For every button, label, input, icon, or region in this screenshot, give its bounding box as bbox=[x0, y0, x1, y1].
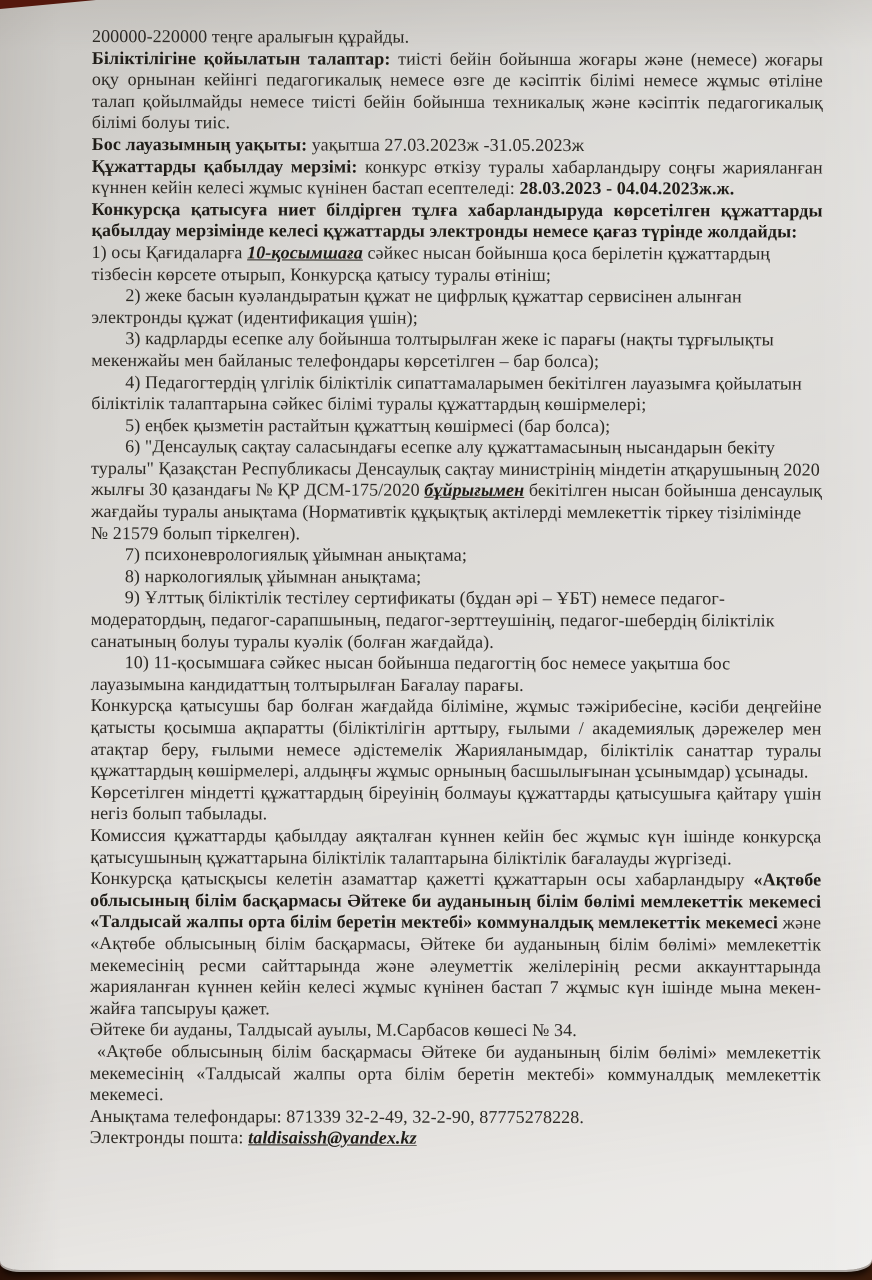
text-run: 8) наркологиялық ұйымнан анықтама; bbox=[125, 566, 421, 587]
salary-line: 200000-220000 теңге аралығын құрайды. bbox=[92, 26, 823, 49]
phone-line: Анықтама телефондары: 871339 32-2-49, 32… bbox=[90, 1106, 821, 1129]
doc-item-8: 8) наркологиялық ұйымнан анықтама; bbox=[91, 566, 822, 589]
text-run: taldisaissh@yandex.kz bbox=[248, 1128, 417, 1148]
text-run: 28.03.2023 - 04.04.2023ж.ж. bbox=[519, 178, 734, 198]
text-run: 7) психоневрологиялық ұйымнан анықтама; bbox=[125, 544, 467, 565]
documents-intro: Конкурсқа қатысуға ниет білдірген тұлға … bbox=[92, 199, 823, 244]
text-run: Біліктілігіне қойылатын талаптар: bbox=[92, 48, 398, 69]
doc-item-4: 4) Педагогтердің үлгілік біліктілік сипа… bbox=[91, 371, 822, 416]
text-run: «Ақтөбе облысының білім басқармасы Әйтек… bbox=[90, 1041, 821, 1104]
text-run: 10) 11-қосымшаға сәйкес нысан бойынша пе… bbox=[91, 652, 731, 694]
text-run: 2) жеке басын куәландыратын құжат не циф… bbox=[91, 285, 741, 327]
text-run: 10-қосымшаға bbox=[247, 242, 363, 262]
text-run: Конкурсқа қатысуға ниет білдірген тұлға … bbox=[92, 199, 823, 242]
document-body: 200000-220000 теңге аралығын құрайды.Біл… bbox=[90, 26, 823, 1150]
doc-item-7: 7) психоневрологиялық ұйымнан анықтама; bbox=[91, 544, 822, 567]
text-run: 1) осы Қағидаларға bbox=[92, 242, 248, 262]
text-run: Әйтеке би ауданы, Талдысай ауылы, М.Сарб… bbox=[90, 1019, 577, 1040]
text-run: Комиссия құжаттарды қабылдау аяқталған к… bbox=[90, 825, 821, 868]
doc-item-2: 2) жеке басын куәландыратын құжат не циф… bbox=[91, 285, 822, 330]
address-line: Әйтеке би ауданы, Талдысай ауылы, М.Сарб… bbox=[90, 1019, 821, 1042]
doc-item-3: 3) кадрларды есепке алу бойынша толтырыл… bbox=[91, 328, 822, 373]
text-run: 200000-220000 теңге аралығын құрайды. bbox=[92, 26, 409, 47]
text-run: Көрсетілген міндетті құжаттардың біреуін… bbox=[90, 782, 821, 824]
text-run: Электронды пошта: bbox=[90, 1127, 249, 1147]
text-run: Конкурсқа қатысушы бар болған жағдайда б… bbox=[90, 695, 821, 781]
doc-item-10: 10) 11-қосымшаға сәйкес нысан бойынша пе… bbox=[91, 652, 822, 697]
missing-docs-note: Көрсетілген міндетті құжаттардың біреуін… bbox=[90, 782, 821, 827]
vacancy-period: Бос лауазымның уақыты: уақытша 27.03.202… bbox=[92, 134, 823, 157]
text-run: Бос лауазымның уақыты: bbox=[92, 134, 312, 154]
document-photo: 200000-220000 теңге аралығын құрайды.Біл… bbox=[0, 0, 872, 1280]
text-run: 4) Педагогтердің үлгілік біліктілік сипа… bbox=[91, 372, 802, 415]
text-run: 5) еңбек қызметін растайтын құжаттың көш… bbox=[125, 415, 610, 436]
submission-deadline: Құжаттарды қабылдау мерзімі: конкурс өтк… bbox=[92, 156, 823, 201]
doc-item-5: 5) еңбек қызметін растайтын құжаттың көш… bbox=[91, 415, 822, 438]
text-run: бұйрығымен bbox=[424, 480, 524, 500]
text-run: Анықтама телефондары: 871339 32-2-49, 32… bbox=[90, 1106, 584, 1127]
doc-item-9: 9) Ұлттық біліктілік тестілеу сертификат… bbox=[91, 587, 822, 653]
text-run: 9) Ұлттық біліктілік тестілеу сертификат… bbox=[91, 588, 775, 652]
text-run: Конкурсқа қатысқысы келетін азаматтар қа… bbox=[90, 868, 753, 889]
additional-info: Конкурсқа қатысушы бар болған жағдайда б… bbox=[90, 695, 821, 783]
submission-instructions: Конкурсқа қатысқысы келетін азаматтар қа… bbox=[90, 868, 821, 1021]
text-run: Құжаттарды қабылдау мерзімі: bbox=[92, 156, 365, 177]
doc-item-1: 1) осы Қағидаларға 10-қосымшаға сәйкес н… bbox=[91, 242, 822, 287]
doc-item-6: 6) "Денсаулық сақтау саласындағы есепке … bbox=[91, 436, 822, 545]
commission-review: Комиссия құжаттарды қабылдау аяқталған к… bbox=[90, 825, 821, 870]
text-run: уақытша 27.03.2023ж -31.05.2023ж bbox=[312, 134, 584, 155]
email-line: Электронды пошта: taldisaissh@yandex.kz bbox=[90, 1127, 821, 1150]
qualification-requirements: Біліктілігіне қойылатын талаптар: тиісті… bbox=[92, 48, 823, 136]
text-run: 3) кадрларды есепке алу бойынша толтырыл… bbox=[91, 328, 774, 371]
institution-name: «Ақтөбе облысының білім басқармасы Әйтек… bbox=[90, 1041, 821, 1107]
